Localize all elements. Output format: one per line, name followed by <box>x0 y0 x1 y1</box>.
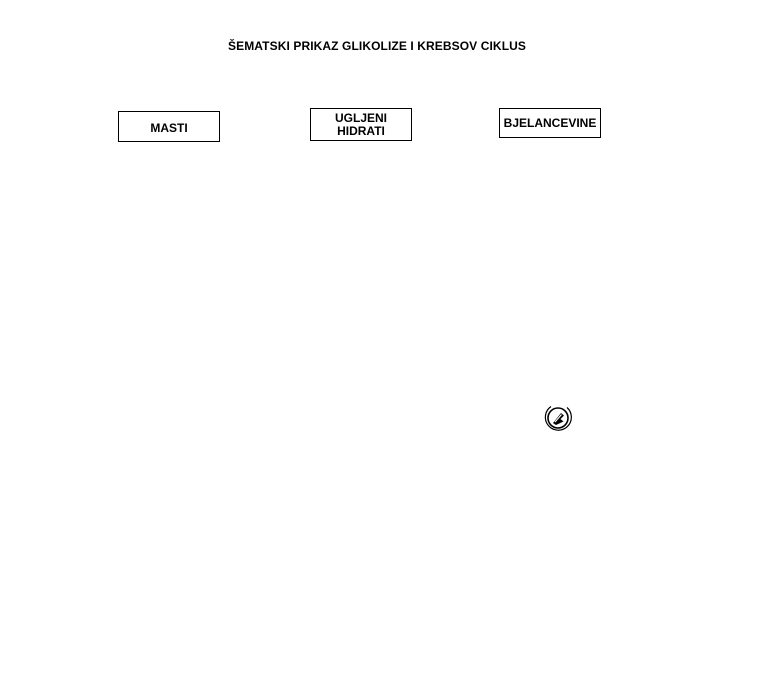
node-ugljeni-hidrati[interactable]: UGLJENI HIDRATI <box>310 108 412 141</box>
node-bjelancevine[interactable]: BJELANCEVINE <box>499 108 601 138</box>
node-bjelancevine-label: BJELANCEVINE <box>504 117 597 130</box>
node-ugljeni-hidrati-label: UGLJENI HIDRATI <box>335 112 387 138</box>
loading-spinner-icon[interactable] <box>542 403 574 433</box>
diagram-title: ŠEMATSKI PRIKAZ GLIKOLIZE I KREBSOV CIKL… <box>0 39 754 53</box>
node-masti-label: MASTI <box>150 122 187 135</box>
node-masti[interactable]: MASTI <box>118 111 220 142</box>
diagram-canvas: ŠEMATSKI PRIKAZ GLIKOLIZE I KREBSOV CIKL… <box>0 0 778 678</box>
